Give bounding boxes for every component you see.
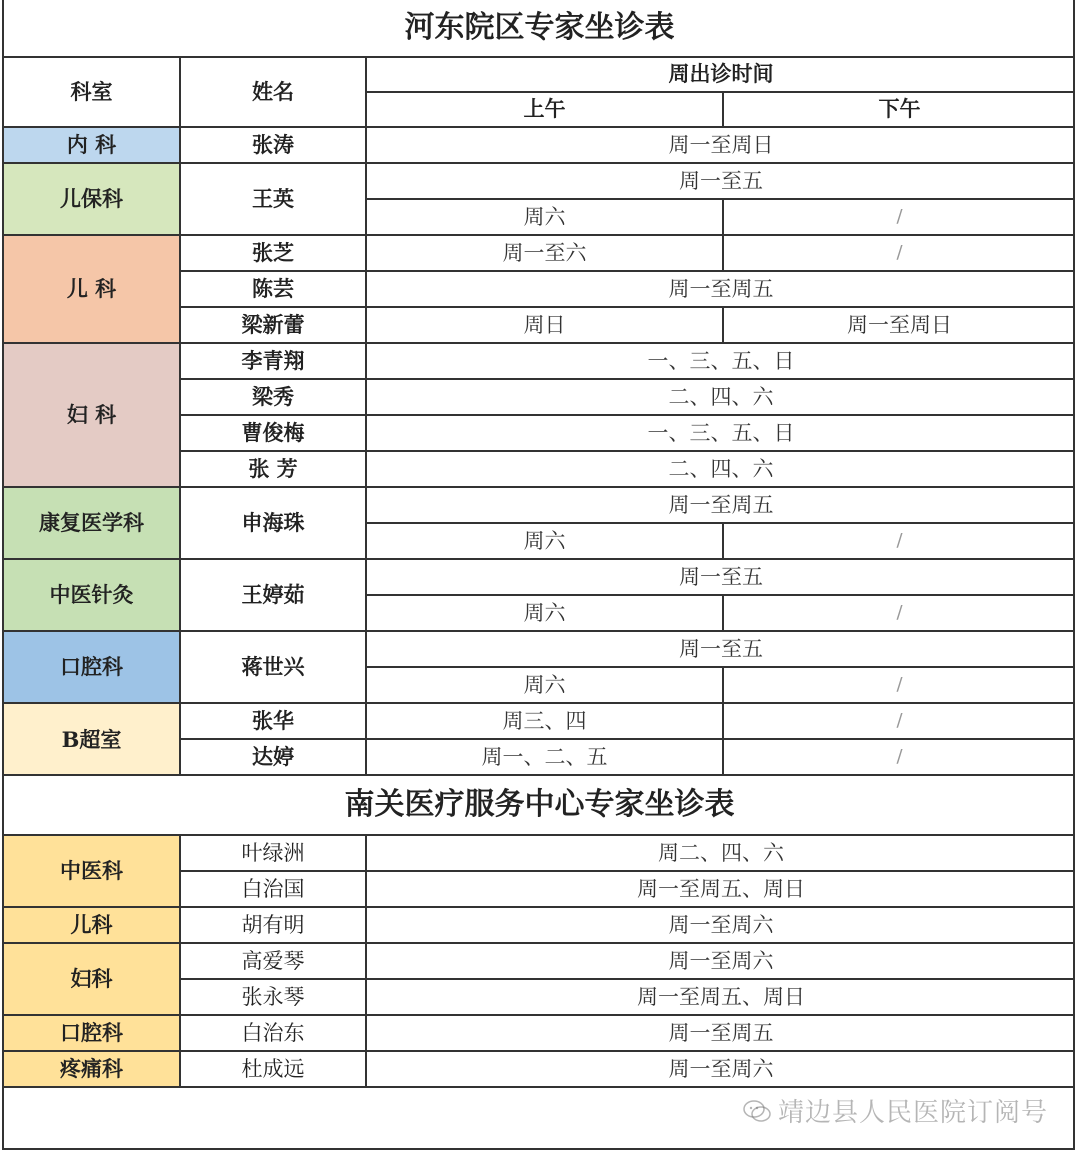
schedule-full: 周一至周五 bbox=[366, 1015, 1075, 1051]
doctor-name: 胡有明 bbox=[180, 907, 366, 943]
schedule-morning: 周六 bbox=[366, 595, 723, 631]
header-name: 姓名 bbox=[180, 57, 366, 127]
dept-erbao: 儿保科 bbox=[4, 163, 180, 235]
doctor-name: 梁新蕾 bbox=[180, 307, 366, 343]
table-row: B超室 张华 周三、四 / bbox=[4, 703, 1075, 739]
doctor-name: 陈芸 bbox=[180, 271, 366, 307]
doctor-name: 王英 bbox=[180, 163, 366, 235]
doctor-name: 张芝 bbox=[180, 235, 366, 271]
schedule-morning: 周三、四 bbox=[366, 703, 723, 739]
schedule-afternoon: / bbox=[723, 703, 1075, 739]
table-row: 妇科 高爱琴 周一至周六 bbox=[4, 943, 1075, 979]
dept-zhongyi: 中医科 bbox=[4, 835, 180, 907]
doctor-name: 申海珠 bbox=[180, 487, 366, 559]
schedule-full: 周一至周五 bbox=[366, 487, 1075, 523]
header-weekly-time: 周出诊时间 bbox=[366, 57, 1075, 92]
table-row: 中医科 叶绿洲 周二、四、六 bbox=[4, 835, 1075, 871]
dept-kouqiang: 口腔科 bbox=[4, 631, 180, 703]
schedule-afternoon: 周一至周日 bbox=[723, 307, 1075, 343]
nanguan-title: 南关医疗服务中心专家坐诊表 bbox=[4, 775, 1075, 835]
doctor-name: 张 芳 bbox=[180, 451, 366, 487]
doctor-name: 梁秀 bbox=[180, 379, 366, 415]
hedong-title: 河东院区专家坐诊表 bbox=[4, 0, 1075, 57]
doctor-name: 白治国 bbox=[180, 871, 366, 907]
table-row: 妇 科 李青翔 一、三、五、日 bbox=[4, 343, 1075, 379]
doctor-name: 杜成远 bbox=[180, 1051, 366, 1087]
schedule-full: 一、三、五、日 bbox=[366, 343, 1075, 379]
dept-kouqiang-nanguan: 口腔科 bbox=[4, 1015, 180, 1051]
schedule-afternoon: / bbox=[723, 235, 1075, 271]
dept-fuke: 妇 科 bbox=[4, 343, 180, 487]
table-row: 康复医学科 申海珠 周一至周五 bbox=[4, 487, 1075, 523]
schedule-full: 周一至周五 bbox=[366, 271, 1075, 307]
dept-bchao: B超室 bbox=[4, 703, 180, 775]
header-afternoon: 下午 bbox=[723, 92, 1075, 127]
doctor-name: 高爱琴 bbox=[180, 943, 366, 979]
schedule-morning: 周六 bbox=[366, 199, 723, 235]
schedule-morning: 周六 bbox=[366, 667, 723, 703]
table-row: 疼痛科 杜成远 周一至周六 bbox=[4, 1051, 1075, 1087]
dept-tengtong: 疼痛科 bbox=[4, 1051, 180, 1087]
schedule-afternoon: / bbox=[723, 667, 1075, 703]
doctor-name: 曹俊梅 bbox=[180, 415, 366, 451]
doctor-name: 达婷 bbox=[180, 739, 366, 775]
header-morning: 上午 bbox=[366, 92, 723, 127]
table-row: 儿 科 张芝 周一至六 / bbox=[4, 235, 1075, 271]
dept-fuke-nanguan: 妇科 bbox=[4, 943, 180, 1015]
dept-erke-nanguan: 儿科 bbox=[4, 907, 180, 943]
schedule-full: 周一至周六 bbox=[366, 1051, 1075, 1087]
dept-erke: 儿 科 bbox=[4, 235, 180, 343]
schedule-full: 周一至五 bbox=[366, 559, 1075, 595]
schedule-morning: 周六 bbox=[366, 523, 723, 559]
schedule-full: 一、三、五、日 bbox=[366, 415, 1075, 451]
schedule-afternoon: / bbox=[723, 199, 1075, 235]
schedule-sheet: 河东院区专家坐诊表 科室 姓名 周出诊时间 上午 下午 内 科 张涛 周一至周日… bbox=[2, 0, 1075, 1150]
schedule-full: 二、四、六 bbox=[366, 451, 1075, 487]
doctor-name: 张永琴 bbox=[180, 979, 366, 1015]
table-row: 儿保科 王英 周一至五 bbox=[4, 163, 1075, 199]
dept-neike: 内 科 bbox=[4, 127, 180, 163]
schedule-table: 河东院区专家坐诊表 科室 姓名 周出诊时间 上午 下午 内 科 张涛 周一至周日… bbox=[4, 0, 1075, 1088]
schedule-full: 二、四、六 bbox=[366, 379, 1075, 415]
doctor-name: 张涛 bbox=[180, 127, 366, 163]
table-row: 中医针灸 王婷茹 周一至五 bbox=[4, 559, 1075, 595]
table-row: 内 科 张涛 周一至周日 bbox=[4, 127, 1075, 163]
schedule-full: 周一至周六 bbox=[366, 907, 1075, 943]
schedule-morning: 周日 bbox=[366, 307, 723, 343]
doctor-name: 王婷茹 bbox=[180, 559, 366, 631]
doctor-name: 李青翔 bbox=[180, 343, 366, 379]
table-row: 口腔科 蒋世兴 周一至五 bbox=[4, 631, 1075, 667]
table-row: 口腔科 白治东 周一至周五 bbox=[4, 1015, 1075, 1051]
schedule-afternoon: / bbox=[723, 523, 1075, 559]
schedule-full: 周二、四、六 bbox=[366, 835, 1075, 871]
schedule-afternoon: / bbox=[723, 595, 1075, 631]
dept-kangfu: 康复医学科 bbox=[4, 487, 180, 559]
doctor-name: 白治东 bbox=[180, 1015, 366, 1051]
doctor-name: 蒋世兴 bbox=[180, 631, 366, 703]
schedule-full: 周一至周日 bbox=[366, 127, 1075, 163]
schedule-morning: 周一至六 bbox=[366, 235, 723, 271]
header-department: 科室 bbox=[4, 57, 180, 127]
schedule-full: 周一至五 bbox=[366, 631, 1075, 667]
schedule-afternoon: / bbox=[723, 739, 1075, 775]
schedule-full: 周一至周六 bbox=[366, 943, 1075, 979]
dept-zhenjiu: 中医针灸 bbox=[4, 559, 180, 631]
schedule-full: 周一至周五、周日 bbox=[366, 979, 1075, 1015]
doctor-name: 张华 bbox=[180, 703, 366, 739]
schedule-full: 周一至周五、周日 bbox=[366, 871, 1075, 907]
schedule-morning: 周一、二、五 bbox=[366, 739, 723, 775]
doctor-name: 叶绿洲 bbox=[180, 835, 366, 871]
table-row: 儿科 胡有明 周一至周六 bbox=[4, 907, 1075, 943]
schedule-full: 周一至五 bbox=[366, 163, 1075, 199]
